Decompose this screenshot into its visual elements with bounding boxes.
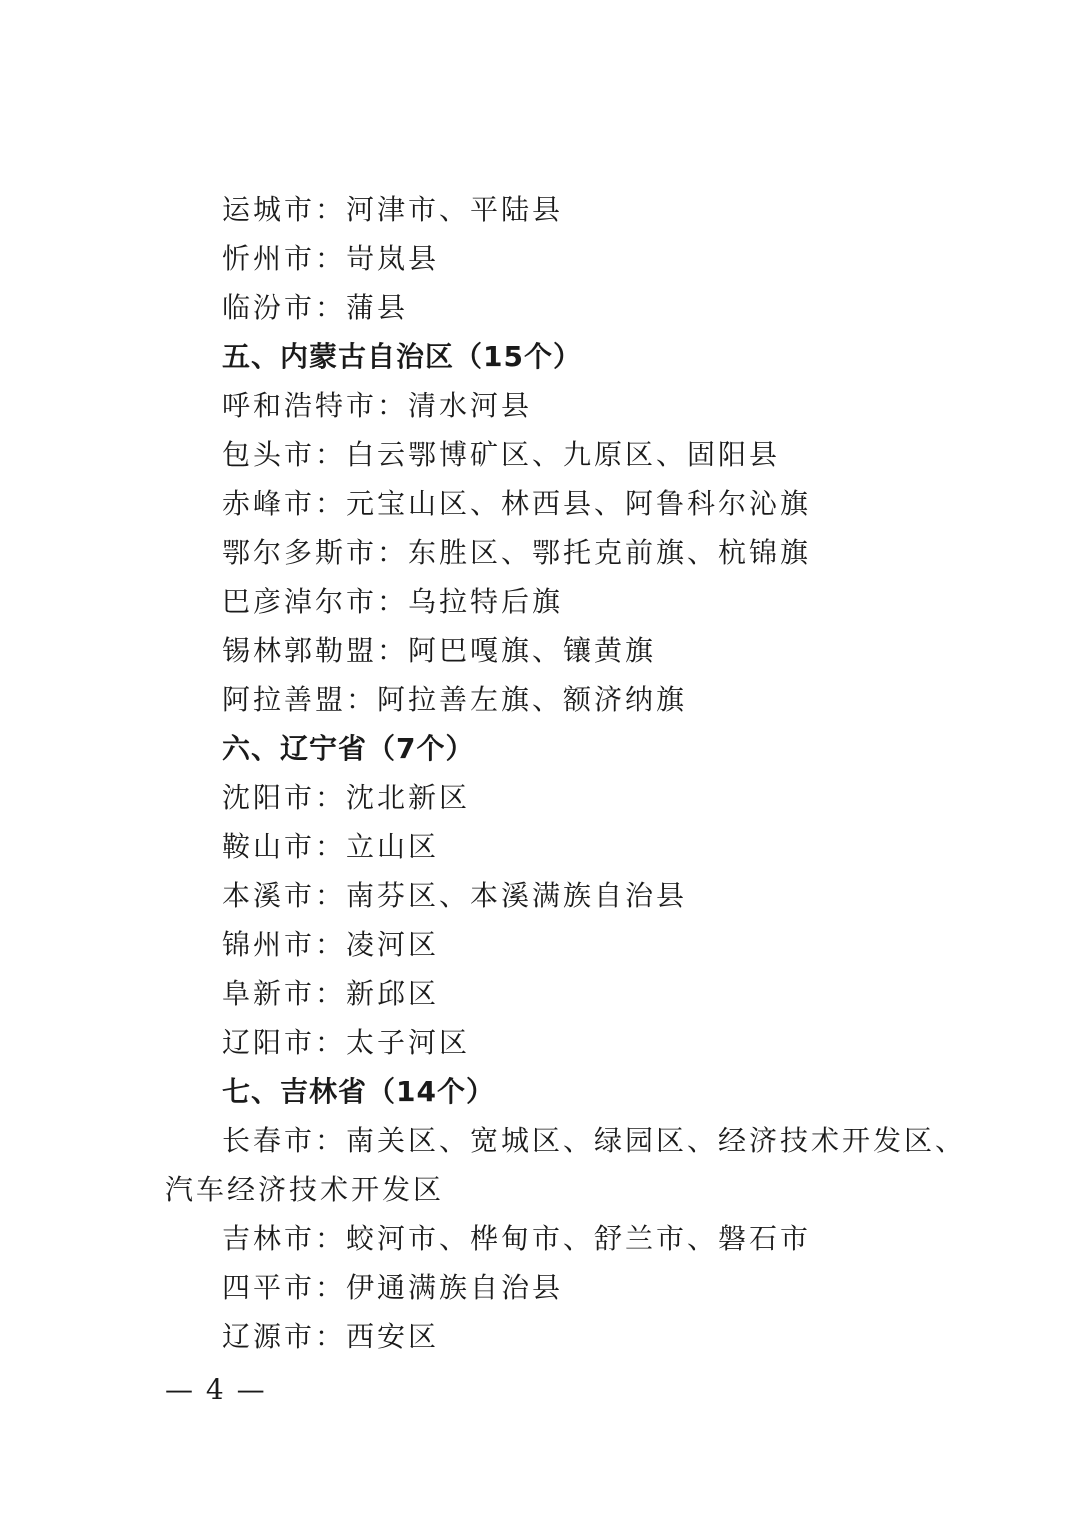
section-heading-inner-mongolia: 五、内蒙古自治区（15个） bbox=[222, 337, 582, 377]
text-line-baotou: 包头市：白云鄂博矿区、九原区、固阳县 bbox=[222, 435, 780, 475]
text-line-jinzhou: 锦州市：凌河区 bbox=[222, 925, 439, 965]
text-line-hohhot: 呼和浩特市：清水河县 bbox=[222, 386, 532, 426]
text-line-ordos: 鄂尔多斯市：东胜区、鄂托克前旗、杭锦旗 bbox=[222, 533, 811, 573]
document-page: 运城市：河津市、平陆县 忻州市：岢岚县 临汾市：蒲县 五、内蒙古自治区（15个）… bbox=[0, 0, 1080, 1527]
text-line-changchun-continued: 汽车经济技术开发区 bbox=[165, 1170, 444, 1210]
text-line-chifeng: 赤峰市：元宝山区、林西县、阿鲁科尔沁旗 bbox=[222, 484, 811, 524]
section-heading-liaoning: 六、辽宁省（7个） bbox=[222, 729, 474, 769]
text-line-jilin-city: 吉林市：蛟河市、桦甸市、舒兰市、磐石市 bbox=[222, 1219, 811, 1259]
text-line-anshan: 鞍山市：立山区 bbox=[222, 827, 439, 867]
text-line-linfen: 临汾市：蒲县 bbox=[222, 288, 408, 328]
text-line-xilingol: 锡林郭勒盟：阿巴嘎旗、镶黄旗 bbox=[222, 631, 656, 671]
page-number: — 4 — bbox=[165, 1370, 267, 1410]
section-heading-jilin: 七、吉林省（14个） bbox=[222, 1072, 495, 1112]
text-line-fuxin: 阜新市：新邱区 bbox=[222, 974, 439, 1014]
text-line-yuncheng: 运城市：河津市、平陆县 bbox=[222, 190, 563, 230]
text-line-siping: 四平市：伊通满族自治县 bbox=[222, 1268, 563, 1308]
text-line-xinzhou: 忻州市：岢岚县 bbox=[222, 239, 439, 279]
text-line-alxa: 阿拉善盟：阿拉善左旗、额济纳旗 bbox=[222, 680, 687, 720]
text-line-shenyang: 沈阳市：沈北新区 bbox=[222, 778, 470, 818]
text-line-liaoyuan: 辽源市：西安区 bbox=[222, 1317, 439, 1357]
text-line-changchun: 长春市：南关区、宽城区、绿园区、经济技术开发区、 bbox=[222, 1121, 966, 1161]
text-line-benxi: 本溪市：南芬区、本溪满族自治县 bbox=[222, 876, 687, 916]
text-line-bayannur: 巴彦淖尔市：乌拉特后旗 bbox=[222, 582, 563, 622]
text-line-liaoyang: 辽阳市：太子河区 bbox=[222, 1023, 470, 1063]
